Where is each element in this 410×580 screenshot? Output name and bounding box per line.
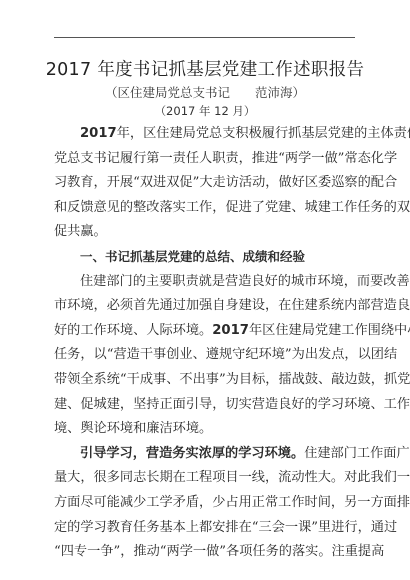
paragraph-line: 好的工作环境、人际环境。2017年区住建局党建工作围绕中心 [54, 319, 356, 344]
line-text: 年，区住建局党总支积极履行抓基层党建的主体责任， [117, 126, 410, 141]
paragraph-line: 和反馈意见的整改落实工作，促进了党建、城建工作任务的双 [54, 196, 356, 221]
paragraph-line: 住建部门的主要职责就是营造良好的城市环境，而要改善城 [54, 270, 356, 295]
document-subtitle: （区住建局党总支书记 范沛海） [0, 83, 410, 101]
title-year: 2017 [46, 60, 92, 80]
paragraph-line: 境、舆论环境和廉洁环境。 [54, 417, 356, 442]
document-body: 2017年，区住建局党总支积极履行抓基层党建的主体责任， 党总支书记履行第一责任… [54, 122, 356, 565]
line-text: 好的工作环境、人际环境。 [54, 323, 212, 338]
bold-year: 2017 [212, 323, 249, 338]
paragraph-line: 促共赢。 [54, 220, 356, 245]
title-text: 年度书记抓基层党建工作述职报告 [97, 60, 364, 80]
paragraph-line: 建、促城建，坚持正面引导，切实营造良好的学习环境、工作环 [54, 393, 356, 418]
paragraph-line: 方面尽可能减少工学矛盾，少占用正常工作时间，另一方面排 [54, 491, 356, 516]
header-rule [54, 37, 355, 38]
paragraph-line: 引导学习，营造务实浓厚的学习环境。住建部门工作面广 [54, 442, 356, 467]
paragraph-line: 党总支书记履行第一责任人职责，推进“两学一做”常态化学 [54, 147, 356, 172]
section-heading: 一、书记抓基层党建的总结、成绩和经验 [54, 245, 356, 270]
line-text: 住建部门工作面广 [304, 446, 410, 461]
bold-lead: 引导学习，营造务实浓厚的学习环境。 [80, 446, 304, 461]
paragraph-line: 习教育，开展“双进双促”大走访活动，做好区委巡察的配合 [54, 171, 356, 196]
paragraph-line: 量大，很多同志长期在工程项目一线，流动性大。对此我们一 [54, 466, 356, 491]
paragraph-line: “四专一争”，推动“两学一做”各项任务的落实。注重提高 [54, 540, 356, 565]
paragraph-line: 带领全系统“干成事、不出事”为目标，擂战鼓、敲边鼓，抓党 [54, 368, 356, 393]
paragraph-line: 任务，以“营造干事创业、遵规守纪环境”为出发点，以团结 [54, 343, 356, 368]
document-title: 2017 年度书记抓基层党建工作述职报告 [0, 56, 410, 81]
paragraph-line: 2017年，区住建局党总支积极履行抓基层党建的主体责任， [54, 122, 356, 147]
paragraph-line: 定的学习教育任务基本上都安排在“三会一课”里进行，通过 [54, 516, 356, 541]
line-text: 年区住建局党建工作围绕中心 [249, 323, 410, 338]
paragraph-line: 市环境，必须首先通过加强自身建设，在住建系统内部营造良 [54, 294, 356, 319]
document-date: （2017 年 12 月） [0, 103, 410, 119]
bold-year: 2017 [80, 126, 117, 141]
